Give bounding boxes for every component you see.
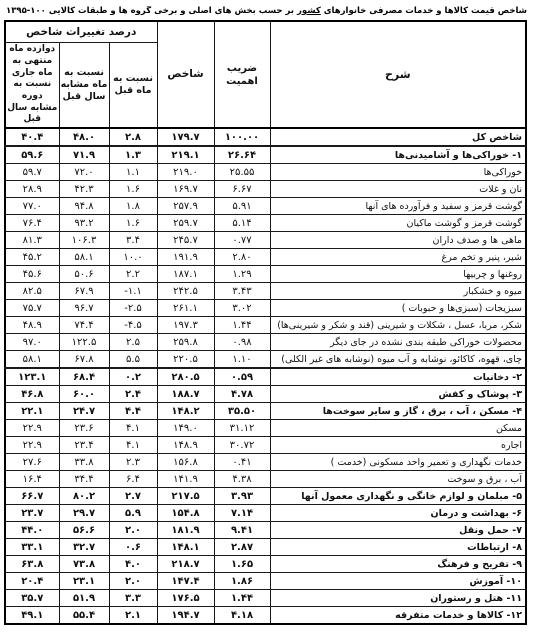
row-mom: -۲.۵ [109, 300, 157, 317]
table-row: روغنها و چربیها۱.۲۹۱۸۷.۱۲.۲۵۰.۶۴۵.۶ [5, 266, 526, 283]
table-row: میوه و خشکبار۳.۴۳۲۴۲.۵-۱.۱۶۷.۹۸۲.۵ [5, 283, 526, 300]
row-yoy: ۳۴.۴ [59, 471, 109, 488]
row-yoy: ۵۶.۶ [59, 522, 109, 539]
row-mom: ۴.۴ [109, 403, 157, 420]
row-label: ۳- پوشاک و کفش [270, 386, 526, 403]
row-label: میوه و خشکبار [270, 283, 526, 300]
table-row: ماهی ها و صدف داران۰.۷۷۲۴۵.۷۳.۴۱۰۶.۳۸۱.۳ [5, 232, 526, 249]
row-label: شیر، پنیر و تخم مرغ [270, 249, 526, 266]
table-row: شاخص کل۱۰۰.۰۰۱۷۹.۷۲.۸۴۸.۰۴۰.۴ [5, 128, 526, 146]
row-weight: ۳۱.۱۲ [214, 420, 270, 437]
row-yoy: ۲۳.۴ [59, 437, 109, 454]
row-weight: ۳.۴۳ [214, 283, 270, 300]
row-ttm: ۷۷.۰ [5, 198, 59, 215]
row-index: ۲۱۸.۷ [157, 556, 214, 573]
row-weight: ۳۵.۵۰ [214, 403, 270, 420]
row-yoy: ۲۳.۱ [59, 573, 109, 590]
row-weight: ۳۰.۷۲ [214, 437, 270, 454]
row-mom: ۱.۳ [109, 146, 157, 164]
row-ttm: ۲۷.۶ [5, 454, 59, 471]
report-title-pre: شاخص قیمت کالاها و خدمات مصرفی خانوارهای [321, 6, 527, 16]
row-label: ۸- ارتباطات [270, 539, 526, 556]
row-label: ۵- مبلمان و لوازم خانگی و نگهداری معمول … [270, 488, 526, 505]
cpi-table: شرح ضریب اهمیت شاخص درصد تغییرات شاخص نس… [4, 20, 527, 625]
row-ttm: ۲۰.۴ [5, 573, 59, 590]
row-mom: ۴.۰ [109, 556, 157, 573]
row-yoy: ۳۳.۸ [59, 454, 109, 471]
row-weight: ۲۵.۵۵ [214, 164, 270, 181]
row-label: نان و غلات [270, 181, 526, 198]
row-index: ۲۴۵.۷ [157, 232, 214, 249]
row-index: ۱۴۸.۲ [157, 403, 214, 420]
row-label: گوشت قرمز و سفید و فرآورده های آنها [270, 198, 526, 215]
row-index: ۱۴۹.۰ [157, 420, 214, 437]
row-label: ۶- بهداشت و درمان [270, 505, 526, 522]
row-index: ۱۷۶.۵ [157, 590, 214, 607]
table-row: شیر، پنیر و تخم مرغ۲.۸۰۱۹۱.۹۱۰.۰۵۸.۱۴۵.۲ [5, 249, 526, 266]
table-row: ۸- ارتباطات۲.۸۷۱۴۸.۱۰.۶۳۲.۷۳۳.۱ [5, 539, 526, 556]
row-ttm: ۸۱.۳ [5, 232, 59, 249]
row-label: ۹- تفریح و فرهنگ [270, 556, 526, 573]
row-ttm: ۱۲۳.۱ [5, 368, 59, 386]
row-weight: ۴.۳۸ [214, 471, 270, 488]
row-label: شاخص کل [270, 128, 526, 146]
row-yoy: ۹۶.۷ [59, 300, 109, 317]
row-weight: ۰.۴۱ [214, 454, 270, 471]
row-yoy: ۵۵.۴ [59, 607, 109, 625]
row-mom: ۲.۳ [109, 454, 157, 471]
row-ttm: ۴۴.۰ [5, 522, 59, 539]
table-row: گوشت قرمز و گوشت ماکیان۵.۱۴۲۵۹.۷۱.۶۹۳.۲۷… [5, 215, 526, 232]
row-index: ۱۹۷.۳ [157, 317, 214, 334]
row-weight: ۱.۴۴ [214, 590, 270, 607]
row-yoy: ۵۰.۶ [59, 266, 109, 283]
row-index: ۱۸۷.۱ [157, 266, 214, 283]
row-yoy: ۶۸.۴ [59, 368, 109, 386]
row-yoy: ۸۰.۲ [59, 488, 109, 505]
row-weight: ۰.۵۹ [214, 368, 270, 386]
row-yoy: ۶۷.۸ [59, 351, 109, 369]
row-label: شکر، مربا، عسل ، شکلات و شیرینی (قند و ش… [270, 317, 526, 334]
row-yoy: ۴۸.۰ [59, 128, 109, 146]
row-yoy: ۹۳.۲ [59, 215, 109, 232]
row-weight: ۱.۴۴ [214, 317, 270, 334]
row-label: ۱- خوراکی‌ها و آشامیدنی‌ها [270, 146, 526, 164]
row-yoy: ۴۲.۳ [59, 181, 109, 198]
row-label: آب ، برق و سوخت [270, 471, 526, 488]
row-index: ۲۲۰.۵ [157, 351, 214, 369]
row-ttm: ۷۵.۷ [5, 300, 59, 317]
row-mom: ۴.۱ [109, 420, 157, 437]
table-row: ۵- مبلمان و لوازم خانگی و نگهداری معمول … [5, 488, 526, 505]
row-weight: ۵.۹۱ [214, 198, 270, 215]
base-year-note: ۱۳۹۵-۱۰۰ [6, 6, 48, 16]
row-label: ۱۲- کالاها و خدمات متفرقه [270, 607, 526, 625]
header-row-group: شرح ضریب اهمیت شاخص درصد تغییرات شاخص [5, 21, 526, 43]
row-index: ۲۱۹.۰ [157, 164, 214, 181]
row-ttm: ۸۲.۵ [5, 283, 59, 300]
row-yoy: ۱۲۲.۵ [59, 334, 109, 351]
row-yoy: ۷۳.۸ [59, 556, 109, 573]
row-index: ۱۵۶.۸ [157, 454, 214, 471]
row-index: ۱۶۹.۷ [157, 181, 214, 198]
row-mom: -۱.۱ [109, 283, 157, 300]
row-mom: ۱.۸ [109, 198, 157, 215]
row-ttm: ۴۹.۱ [5, 607, 59, 625]
table-row: ۶- بهداشت و درمان۷.۱۴۱۵۴.۸۵.۹۲۹.۷۲۳.۷ [5, 505, 526, 522]
row-yoy: ۷۴.۴ [59, 317, 109, 334]
table-row: ۳- پوشاک و کفش۴.۷۸۱۸۸.۷۲.۴۶۰.۰۴۶.۸ [5, 386, 526, 403]
row-yoy: ۹۴.۸ [59, 198, 109, 215]
table-row: سبزیجات (سبزی‌ها و حبوبات )۳.۰۲۲۶۱.۱-۲.۵… [5, 300, 526, 317]
row-label: سبزیجات (سبزی‌ها و حبوبات ) [270, 300, 526, 317]
row-mom: ۲.۴ [109, 386, 157, 403]
table-row: ۴- مسکن ، آب ، برق ، گاز و سایر سوخت‌ها۳… [5, 403, 526, 420]
table-row: ۱۰- آموزش۱.۸۶۱۴۷.۴۲.۰۲۳.۱۲۰.۴ [5, 573, 526, 590]
row-ttm: ۴۵.۶ [5, 266, 59, 283]
row-mom: ۵.۹ [109, 505, 157, 522]
table-row: گوشت قرمز و سفید و فرآورده های آنها۵.۹۱۲… [5, 198, 526, 215]
row-index: ۱۸۸.۷ [157, 386, 214, 403]
row-weight: ۱.۶۵ [214, 556, 270, 573]
col-header-weight: ضریب اهمیت [214, 21, 270, 128]
row-label: ۱۱- هتل و رستوران [270, 590, 526, 607]
row-index: ۲۴۲.۵ [157, 283, 214, 300]
row-index: ۲۱۷.۵ [157, 488, 214, 505]
row-index: ۱۷۹.۷ [157, 128, 214, 146]
row-ttm: ۶۳.۸ [5, 556, 59, 573]
row-index: ۲۵۹.۷ [157, 215, 214, 232]
row-weight: ۱.۸۶ [214, 573, 270, 590]
row-mom: ۰.۶ [109, 539, 157, 556]
table-body: شاخص کل۱۰۰.۰۰۱۷۹.۷۲.۸۴۸.۰۴۰.۴۱- خوراکی‌ه… [5, 128, 526, 624]
row-weight: ۲.۸۷ [214, 539, 270, 556]
row-yoy: ۷۲.۰ [59, 164, 109, 181]
row-weight: ۳.۹۳ [214, 488, 270, 505]
row-index: ۱۴۱.۹ [157, 471, 214, 488]
row-mom: ۱.۱ [109, 164, 157, 181]
row-ttm: ۷۶.۴ [5, 215, 59, 232]
row-weight: ۱۰۰.۰۰ [214, 128, 270, 146]
row-mom: ۲.۲ [109, 266, 157, 283]
row-mom: ۶.۴ [109, 471, 157, 488]
row-ttm: ۹۷.۰ [5, 334, 59, 351]
row-ttm: ۴۵.۲ [5, 249, 59, 266]
row-label: ۲- دخانیات [270, 368, 526, 386]
row-mom: ۳.۴ [109, 232, 157, 249]
report-header: شاخص قیمت کالاها و خدمات مصرفی خانوارهای… [6, 6, 527, 16]
row-label: ۱۰- آموزش [270, 573, 526, 590]
row-mom: -۴.۵ [109, 317, 157, 334]
row-ttm: ۴۶.۸ [5, 386, 59, 403]
col-header-vs-prev-month: نسبت به ماه قبل [109, 43, 157, 129]
row-weight: ۹.۴۱ [214, 522, 270, 539]
row-label: ۴- مسکن ، آب ، برق ، گاز و سایر سوخت‌ها [270, 403, 526, 420]
report-title: شاخص قیمت کالاها و خدمات مصرفی خانوارهای… [48, 6, 527, 16]
row-index: ۲۶۱.۱ [157, 300, 214, 317]
row-yoy: ۶۰.۰ [59, 386, 109, 403]
row-ttm: ۵۹.۷ [5, 164, 59, 181]
row-ttm: ۳۳.۱ [5, 539, 59, 556]
col-header-twelve-month: دوازده ماه منتهی به ماه جاری نسبت به دور… [5, 43, 59, 129]
row-ttm: ۲۲.۹ [5, 420, 59, 437]
row-index: ۱۸۱.۹ [157, 522, 214, 539]
row-yoy: ۲۴.۷ [59, 403, 109, 420]
row-label: چای، قهوه، کاکائو، نوشابه و آب میوه (نوش… [270, 351, 526, 369]
row-index: ۱۴۷.۴ [157, 573, 214, 590]
row-ttm: ۱۶.۴ [5, 471, 59, 488]
row-weight: ۲.۸۰ [214, 249, 270, 266]
row-label: خدمات نگهداری و تعمیر واحد مسکونی (خدمت … [270, 454, 526, 471]
table-row: آب ، برق و سوخت۴.۳۸۱۴۱.۹۶.۴۳۴.۴۱۶.۴ [5, 471, 526, 488]
row-yoy: ۶۷.۹ [59, 283, 109, 300]
row-index: ۲۱۹.۱ [157, 146, 214, 164]
row-index: ۱۵۴.۸ [157, 505, 214, 522]
table-row: ۱- خوراکی‌ها و آشامیدنی‌ها۲۶.۶۴۲۱۹.۱۱.۳۷… [5, 146, 526, 164]
row-weight: ۰.۷۷ [214, 232, 270, 249]
report-title-underlined-word: کشور [297, 6, 321, 16]
row-mom: ۴.۱ [109, 437, 157, 454]
cpi-table-header: شرح ضریب اهمیت شاخص درصد تغییرات شاخص نس… [5, 21, 526, 128]
row-weight: ۰.۹۸ [214, 334, 270, 351]
row-label: مسکن [270, 420, 526, 437]
row-weight: ۳.۰۲ [214, 300, 270, 317]
row-mom: ۲.۷ [109, 488, 157, 505]
row-index: ۱۴۸.۱ [157, 539, 214, 556]
row-ttm: ۵۸.۱ [5, 351, 59, 369]
row-mom: ۲.۱ [109, 607, 157, 625]
row-mom: ۲.۸ [109, 128, 157, 146]
row-label: محصولات خوراکی طبقه بندی نشده در جای دیگ… [270, 334, 526, 351]
row-ttm: ۳۵.۷ [5, 590, 59, 607]
table-row: خوراکی‌ها۲۵.۵۵۲۱۹.۰۱.۱۷۲.۰۵۹.۷ [5, 164, 526, 181]
row-weight: ۱.۲۹ [214, 266, 270, 283]
table-row: چای، قهوه، کاکائو، نوشابه و آب میوه (نوش… [5, 351, 526, 369]
row-ttm: ۲۲.۱ [5, 403, 59, 420]
row-mom: ۱۰.۰ [109, 249, 157, 266]
row-index: ۱۹۱.۹ [157, 249, 214, 266]
table-row: شکر، مربا، عسل ، شکلات و شیرینی (قند و ش… [5, 317, 526, 334]
row-index: ۲۵۹.۸ [157, 334, 214, 351]
row-mom: ۲.۵ [109, 334, 157, 351]
row-weight: ۷.۱۴ [214, 505, 270, 522]
row-weight: ۴.۱۸ [214, 607, 270, 625]
row-label: خوراکی‌ها [270, 164, 526, 181]
row-index: ۱۹۴.۷ [157, 607, 214, 625]
row-label: گوشت قرمز و گوشت ماکیان [270, 215, 526, 232]
row-yoy: ۵۸.۱ [59, 249, 109, 266]
table-row: نان و غلات۶.۶۷۱۶۹.۷۱.۶۴۲.۳۲۸.۹ [5, 181, 526, 198]
table-row: اجاره۳۰.۷۲۱۴۸.۹۴.۱۲۳.۴۲۲.۹ [5, 437, 526, 454]
table-row: مسکن۳۱.۱۲۱۴۹.۰۴.۱۲۳.۶۲۲.۹ [5, 420, 526, 437]
row-yoy: ۷۱.۹ [59, 146, 109, 164]
table-row: ۹- تفریح و فرهنگ۱.۶۵۲۱۸.۷۴.۰۷۳.۸۶۳.۸ [5, 556, 526, 573]
row-mom: ۱.۶ [109, 181, 157, 198]
row-weight: ۴.۷۸ [214, 386, 270, 403]
row-ttm: ۲۲.۹ [5, 437, 59, 454]
report-title-post: بر حسب بخش های اصلی و برخی گروه ها و طبق… [48, 6, 297, 16]
row-mom: ۵.۵ [109, 351, 157, 369]
row-index: ۲۵۷.۹ [157, 198, 214, 215]
row-ttm: ۴۰.۴ [5, 128, 59, 146]
row-yoy: ۳۲.۷ [59, 539, 109, 556]
row-ttm: ۵۹.۶ [5, 146, 59, 164]
row-label: روغنها و چربیها [270, 266, 526, 283]
row-weight: ۲۶.۶۴ [214, 146, 270, 164]
table-row: ۱۲- کالاها و خدمات متفرقه۴.۱۸۱۹۴.۷۲.۱۵۵.… [5, 607, 526, 625]
row-mom: ۳.۳ [109, 590, 157, 607]
col-group-header-pct-changes: درصد تغییرات شاخص [5, 21, 157, 43]
row-yoy: ۲۹.۷ [59, 505, 109, 522]
row-ttm: ۴۸.۹ [5, 317, 59, 334]
table-row: ۱۱- هتل و رستوران۱.۴۴۱۷۶.۵۳.۳۵۱.۹۳۵.۷ [5, 590, 526, 607]
table-row: خدمات نگهداری و تعمیر واحد مسکونی (خدمت … [5, 454, 526, 471]
row-ttm: ۶۶.۷ [5, 488, 59, 505]
row-mom: ۱.۶ [109, 215, 157, 232]
row-mom: ۲.۰ [109, 522, 157, 539]
row-weight: ۵.۱۴ [214, 215, 270, 232]
col-header-index: شاخص [157, 21, 214, 128]
col-header-vs-same-month-prev-year: نسبت به ماه مشابه سال قبل [59, 43, 109, 129]
row-yoy: ۱۰۶.۳ [59, 232, 109, 249]
row-label: ماهی ها و صدف داران [270, 232, 526, 249]
row-ttm: ۲۸.۹ [5, 181, 59, 198]
row-index: ۲۸۰.۵ [157, 368, 214, 386]
row-weight: ۶.۶۷ [214, 181, 270, 198]
cpi-report-page: شاخص قیمت کالاها و خدمات مصرفی خانوارهای… [0, 0, 533, 629]
row-yoy: ۵۱.۹ [59, 590, 109, 607]
row-mom: ۲.۰ [109, 573, 157, 590]
row-ttm: ۲۳.۷ [5, 505, 59, 522]
row-label: اجاره [270, 437, 526, 454]
table-row: ۲- دخانیات۰.۵۹۲۸۰.۵۰.۲۶۸.۴۱۲۳.۱ [5, 368, 526, 386]
table-row: محصولات خوراکی طبقه بندی نشده در جای دیگ… [5, 334, 526, 351]
row-mom: ۰.۲ [109, 368, 157, 386]
row-yoy: ۲۳.۶ [59, 420, 109, 437]
row-weight: ۱.۱۰ [214, 351, 270, 369]
row-index: ۱۴۸.۹ [157, 437, 214, 454]
col-header-description: شرح [270, 21, 526, 128]
row-label: ۷- حمل ونقل [270, 522, 526, 539]
table-row: ۷- حمل ونقل۹.۴۱۱۸۱.۹۲.۰۵۶.۶۴۴.۰ [5, 522, 526, 539]
